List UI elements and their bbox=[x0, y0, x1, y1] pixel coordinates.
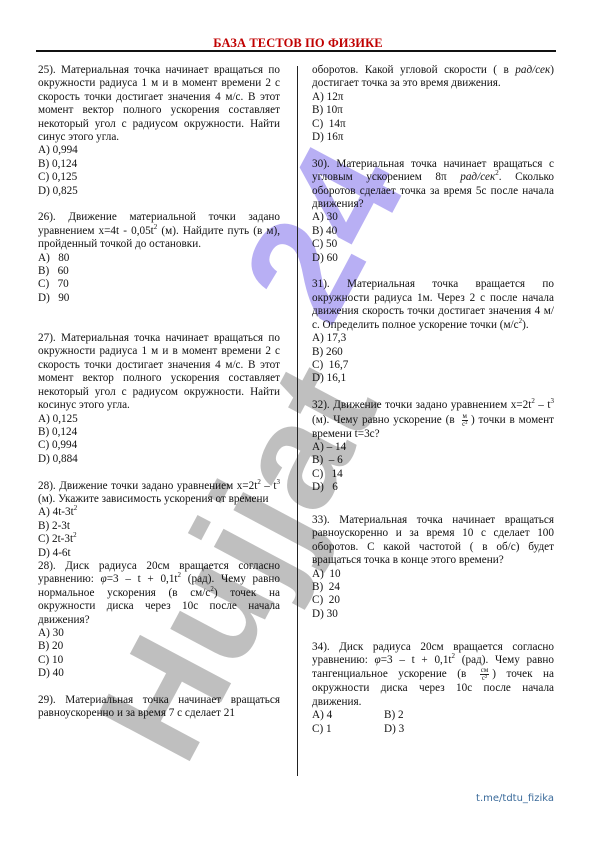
option-a: A) 4 bbox=[312, 709, 384, 722]
option-d: D) 4-6t bbox=[38, 547, 280, 560]
option-b: B) 0,124 bbox=[38, 426, 280, 439]
header-rule bbox=[36, 50, 556, 52]
question-text: 29). Материальная точка начинает вращать… bbox=[38, 694, 280, 721]
option-c: C) 20 bbox=[312, 594, 554, 607]
option-d: D) 3 bbox=[384, 723, 456, 736]
option-c: C) 0,994 bbox=[38, 439, 280, 452]
unit: рад/сек bbox=[460, 171, 495, 183]
question-text: 27). Материальная точка начинает вращать… bbox=[38, 332, 280, 412]
fraction-unit: смс² bbox=[480, 667, 490, 682]
option-a: A) 12π bbox=[312, 91, 554, 104]
option-b: B) 0,124 bbox=[38, 158, 280, 171]
option-d: D) 16,1 bbox=[312, 372, 554, 385]
question-28b: 28). Диск радиуса 20см вращается согласн… bbox=[38, 560, 280, 681]
option-b: B) – 6 bbox=[312, 454, 554, 467]
question-text: 25). Материальная точка начинает вращать… bbox=[38, 64, 280, 144]
option-a: A) – 14 bbox=[312, 441, 554, 454]
option-b: B) 60 bbox=[38, 265, 280, 278]
option-c: C) 2t-3t2 bbox=[38, 533, 280, 546]
option-b: B) 24 bbox=[312, 581, 554, 594]
text-part: =3 – t + 0,1t bbox=[381, 654, 452, 666]
question-text: 30). Материальная точка начинает вращать… bbox=[312, 158, 554, 212]
question-29: 29). Материальная точка начинает вращать… bbox=[38, 694, 280, 721]
text-part: ). bbox=[522, 319, 529, 331]
option-c: C) 0,125 bbox=[38, 171, 280, 184]
question-32: 32). Движение точки задано уравнением x=… bbox=[312, 399, 554, 494]
question-25: 25). Материальная точка начинает вращать… bbox=[38, 64, 280, 198]
option-a: A) 10 bbox=[312, 568, 554, 581]
option-b: B) 40 bbox=[312, 225, 554, 238]
text-part: 28). Движение точки задано уравнением x=… bbox=[38, 480, 257, 492]
question-30: 30). Материальная точка начинает вращать… bbox=[312, 158, 554, 265]
option-d: D) 90 bbox=[38, 292, 280, 305]
superscript: 2 bbox=[73, 531, 77, 539]
question-text: 28). Диск радиуса 20см вращается согласн… bbox=[38, 560, 280, 627]
options-row: C) 1 D) 3 bbox=[312, 723, 554, 736]
option-text: C) 2t-3t bbox=[38, 533, 73, 545]
option-b: B) 2 bbox=[384, 709, 456, 722]
option-a: A) 0,125 bbox=[38, 413, 280, 426]
option-a: A) 80 bbox=[38, 252, 280, 265]
option-d: D) 40 bbox=[38, 667, 280, 680]
superscript: 3 bbox=[277, 478, 281, 486]
option-d: D) 6 bbox=[312, 481, 554, 494]
right-column: оборотов. Какой угловой скорости ( в рад… bbox=[312, 64, 554, 749]
option-b: B) 10π bbox=[312, 104, 554, 117]
question-29-continued: оборотов. Какой угловой скорости ( в рад… bbox=[312, 64, 554, 144]
option-a: A) 4t-3t2 bbox=[38, 506, 280, 519]
question-text: 26). Движение материальной точки задано … bbox=[38, 211, 280, 251]
option-b: B) 20 bbox=[38, 640, 280, 653]
question-text: 31). Материальная точка вращается по окр… bbox=[312, 278, 554, 332]
text-part: =3 – t + 0,1t bbox=[107, 573, 178, 585]
question-26: 26). Движение материальной точки задано … bbox=[38, 211, 280, 305]
question-text: 34). Диск радиуса 20см вращается согласн… bbox=[312, 641, 554, 710]
page-title: БАЗА ТЕСТОВ ПО ФИЗИКЕ bbox=[0, 36, 596, 51]
telegram-link[interactable]: t.me/tdtu_fizika bbox=[476, 793, 554, 804]
option-d: D) 0,825 bbox=[38, 185, 280, 198]
question-text: 28). Движение точки задано уравнением x=… bbox=[38, 480, 280, 507]
question-31: 31). Материальная точка вращается по окр… bbox=[312, 278, 554, 385]
option-d: D) 30 bbox=[312, 608, 554, 621]
superscript: 2 bbox=[74, 504, 78, 512]
left-column: 25). Материальная точка начинает вращать… bbox=[38, 64, 280, 734]
question-28a: 28). Движение точки задано уравнением x=… bbox=[38, 480, 280, 560]
option-c: C) 1 bbox=[312, 723, 384, 736]
question-text: 32). Движение точки задано уравнением x=… bbox=[312, 399, 554, 441]
option-text: A) 4t-3t bbox=[38, 506, 74, 518]
option-d: D) 60 bbox=[312, 252, 554, 265]
option-c: C) 50 bbox=[312, 238, 554, 251]
text-part: – t bbox=[535, 399, 551, 411]
column-divider bbox=[297, 66, 298, 776]
option-a: A) 30 bbox=[312, 211, 554, 224]
option-c: C) 14 bbox=[312, 468, 554, 481]
option-c: C) 16,7 bbox=[312, 359, 554, 372]
option-c: C) 10 bbox=[38, 654, 280, 667]
option-c: C) 70 bbox=[38, 278, 280, 291]
option-d: D) 0,884 bbox=[38, 453, 280, 466]
option-d: D) 16π bbox=[312, 131, 554, 144]
question-33: 33). Материальная точка начинает вращать… bbox=[312, 514, 554, 621]
text-part: – t bbox=[261, 480, 277, 492]
fraction-denominator: с² bbox=[462, 421, 468, 428]
fraction-denominator: с² bbox=[480, 675, 490, 682]
text-part: 32). Движение точки задано уравнением x=… bbox=[312, 399, 531, 411]
option-a: A) 30 bbox=[38, 627, 280, 640]
option-c: C) 14π bbox=[312, 118, 554, 131]
text-part: (м). Укажите зависимость ускорения от вр… bbox=[38, 493, 268, 505]
question-text: 33). Материальная точка начинает вращать… bbox=[312, 514, 554, 568]
options-row: A) 4 B) 2 bbox=[312, 709, 554, 722]
superscript: 3 bbox=[551, 397, 555, 405]
text-part: оборотов. Какой угловой скорости ( в bbox=[312, 64, 515, 76]
fraction-unit: мс² bbox=[462, 413, 468, 428]
option-b: B) 260 bbox=[312, 346, 554, 359]
option-a: A) 0,994 bbox=[38, 144, 280, 157]
question-27: 27). Материальная точка начинает вращать… bbox=[38, 332, 280, 466]
text-part: (м). Чему равно ускорение (в bbox=[312, 414, 459, 426]
question-text: оборотов. Какой угловой скорости ( в рад… bbox=[312, 64, 554, 91]
question-34: 34). Диск радиуса 20см вращается согласн… bbox=[312, 641, 554, 736]
unit: рад/сек bbox=[515, 64, 550, 76]
option-a: A) 17,3 bbox=[312, 332, 554, 345]
